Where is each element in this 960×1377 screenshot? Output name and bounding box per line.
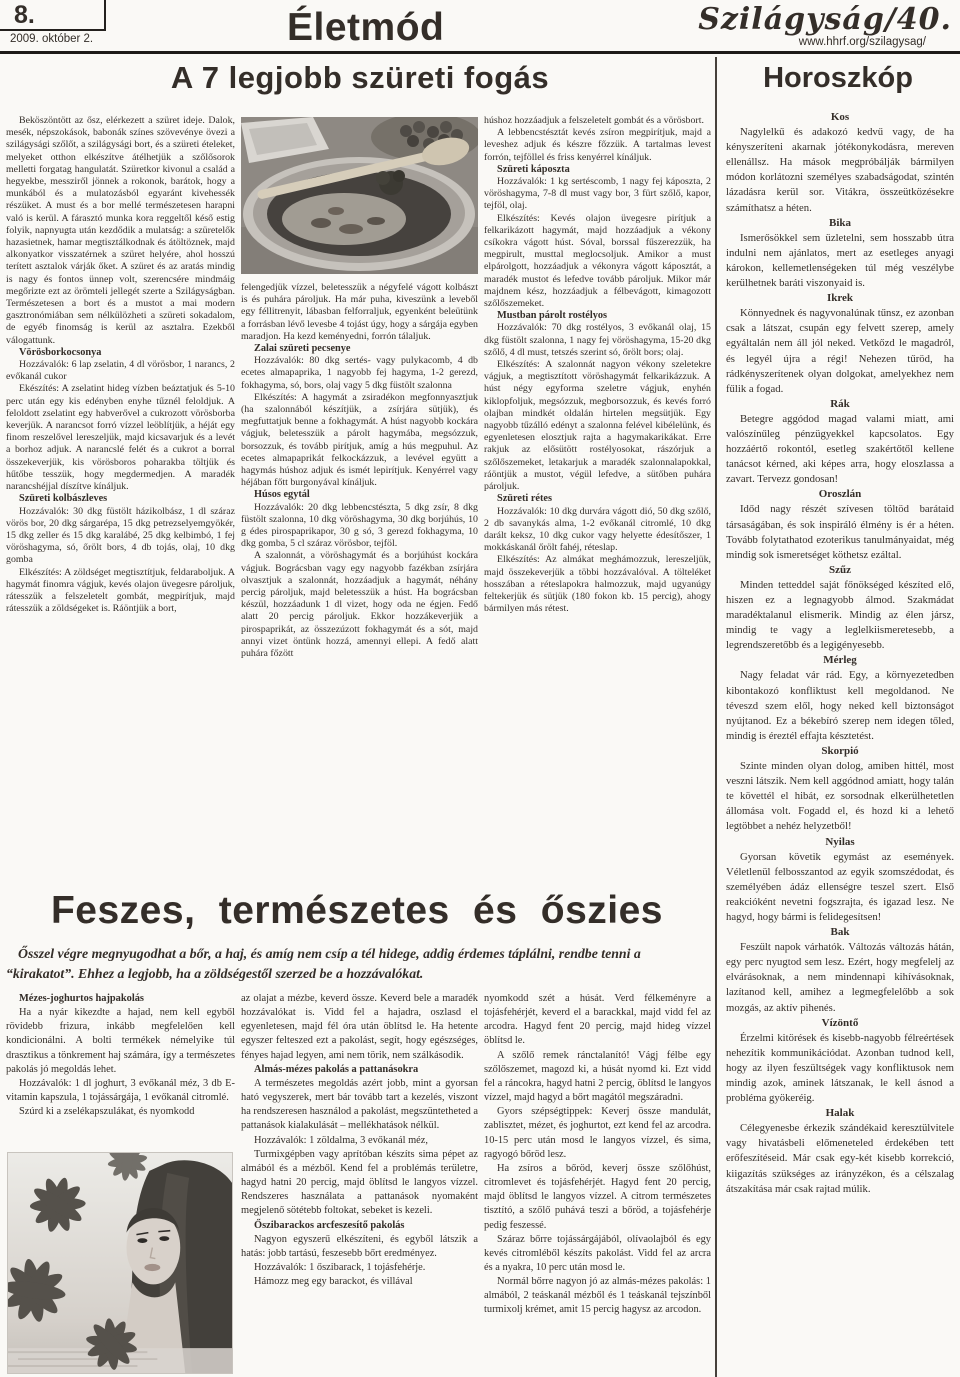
article-paragraph: Hozzávalók: 1 kg sertéscomb, 1 nagy fej …	[484, 176, 711, 213]
article-paragraph: Hozzávalók: 70 dkg rostélyos, 3 evőkanál…	[484, 322, 711, 359]
website-url: www.hhrf.org/szilagysag/	[799, 36, 926, 48]
beauty-paragraph: Gyors szépségtippek: Keverj össze mandul…	[484, 1105, 711, 1162]
article-paragraph: Hozzávalók: 20 dkg lebbencstészta, 5 dkg…	[241, 502, 478, 551]
zodiac-sign-text: Minden tetteddel saját főnökséged készít…	[726, 578, 954, 653]
article-paragraph: Szüreti rétes	[484, 493, 711, 505]
zodiac-sign-text: Betegre aggódod magad valami miatt, ami …	[726, 412, 954, 487]
beauty-paragraph: Hozzávalók: 1 zöldalma, 3 evőkanál méz,	[241, 1134, 478, 1148]
woman-photo-image	[8, 1153, 232, 1373]
zodiac-sign-text: Nagylelkű és adakozó kedvű vagy, de ha k…	[726, 125, 954, 216]
article-paragraph: húshoz hozzáadjuk a felszeletelt gombát …	[484, 115, 711, 127]
beauty-paragraph: Hozzávalók: 1 dl joghurt, 3 evőkanál méz…	[6, 1077, 235, 1105]
article-paragraph: Elkészítés: Az almákat meghámozzuk, lere…	[484, 554, 711, 615]
beauty-paragraph: A természetes megoldás azért jobb, mint …	[241, 1077, 478, 1134]
beauty-paragraph: Nagyon egyszerű elkészíteni, és egyből l…	[241, 1233, 478, 1261]
header-rule	[0, 51, 960, 54]
zodiac-sign-name: Rák	[726, 397, 954, 412]
page-number: 8.	[14, 1, 35, 30]
beauty-paragraph: Mézes-joghurtos hajpakolás	[6, 992, 235, 1006]
beauty-column-1: Mézes-joghurtos hajpakolásHa a nyár kike…	[6, 992, 235, 1119]
zodiac-sign-text: Szinte minden olyan dolog, amiben hittél…	[726, 759, 954, 834]
article-paragraph: A lebbencstésztát kevés zsíron megpirítj…	[484, 127, 711, 164]
beauty-paragraph: Ha a nyár kikezdte a hajad, nem kell egy…	[6, 1006, 235, 1077]
article-paragraph: Mustban párolt rostélyos	[484, 310, 711, 322]
horoscope-column: Kos Nagylelkű és adakozó kedvű vagy, de …	[726, 110, 954, 1197]
issue-date: 2009. október 2.	[10, 33, 93, 45]
zodiac-sign-name: Mérleg	[726, 653, 954, 668]
article-paragraph: Zalai szüreti pecsenye	[241, 343, 478, 355]
article-paragraph: felengedjük vízzel, beletesszük a négyfe…	[241, 282, 478, 343]
article-paragraph: Elkészítés: A zöldséget megtisztítjuk, f…	[6, 567, 235, 616]
beauty-section-headline: Feszes, természetes és őszies	[0, 889, 714, 933]
article-paragraph: Elkészítés: A hagymát a zsiradékon megfo…	[241, 392, 478, 490]
beauty-paragraph: az olajat a mézbe, keverd össze. Keverd …	[241, 992, 478, 1063]
beauty-paragraph: Normál bőrre nagyon jó az almás-mézes pa…	[484, 1275, 711, 1317]
article-paragraph: Ekészítés: A zselatint hideg vízben beáz…	[6, 383, 235, 493]
beauty-paragraph: Őszibarackos arcfeszesítő pakolás	[241, 1219, 478, 1233]
article-paragraph: Húsos egytál	[241, 489, 478, 501]
zodiac-sign-name: Nyilas	[726, 835, 954, 850]
article-paragraph: Elkészítés: A szalonnát nagyon vékony sz…	[484, 359, 711, 493]
article-paragraph: Vörösborkocsonya	[6, 347, 235, 359]
article-paragraph: Szüreti kolbászleves	[6, 493, 235, 505]
zodiac-sign-text: Feszült napok várhatók. Változás változá…	[726, 940, 954, 1015]
beauty-paragraph: Ha zsíros a bőröd, keverj össze szőlőhús…	[484, 1162, 711, 1233]
article-paragraph: Hozzávalók: 6 lap zselatin, 4 dl vörösbo…	[6, 359, 235, 383]
food-photo-image	[241, 117, 478, 274]
zodiac-sign-text: Gyorsan követik egymást az események. Vé…	[726, 850, 954, 925]
beauty-paragraph: Száraz bőrre tojássárgájából, olívaolajb…	[484, 1233, 711, 1275]
beauty-paragraph: Hozzávalók: 1 őszibarack, 1 tojásfehérje…	[241, 1261, 478, 1275]
article-paragraph: Hozzávalók: 30 dkg füstölt házikolbász, …	[6, 506, 235, 567]
horoscope-column-rule	[715, 57, 717, 1377]
zodiac-sign-name: Vízöntő	[726, 1016, 954, 1031]
article-paragraph: Szüreti káposzta	[484, 164, 711, 176]
newspaper-page: 8. 2009. október 2. Életmód Szilágyság/4…	[0, 0, 960, 1377]
zodiac-sign-name: Ikrek	[726, 291, 954, 306]
beauty-section-intro: Ősszel végre megnyugodhat a bőr, a haj, …	[6, 944, 708, 984]
page-number-box-vline	[104, 0, 106, 31]
beauty-paragraph: Almás-mézes pakolás a pattanásokra	[241, 1063, 478, 1077]
article-column-3: húshoz hozzáadjuk a felszeletelt gombát …	[484, 115, 711, 615]
article-column-2: felengedjük vízzel, beletesszük a négyfe…	[241, 282, 478, 660]
page-number-box-hline	[0, 29, 104, 31]
article-paragraph: Elkészítés: Kevés olajon üvegesre pirítj…	[484, 213, 711, 311]
beauty-column-2: az olajat a mézbe, keverd össze. Keverd …	[241, 992, 478, 1289]
zodiac-sign-name: Halak	[726, 1106, 954, 1121]
zodiac-sign-text: Időd nagy részét szívesen töltöd barátai…	[726, 502, 954, 562]
zodiac-sign-text: Érzelmi kitörések és kisebb-nagyobb félr…	[726, 1031, 954, 1106]
zodiac-sign-text: Célegyenesbe érkezik szándékaid keresztü…	[726, 1121, 954, 1196]
zodiac-sign-text: Nagy feladat vár rád. Egy, a környezeted…	[726, 668, 954, 743]
zodiac-sign-name: Kos	[726, 110, 954, 125]
section-title: Életmód	[287, 6, 444, 50]
article-paragraph: Hozzávalók: 10 dkg durvára vágott dió, 5…	[484, 506, 711, 555]
zodiac-sign-name: Bak	[726, 925, 954, 940]
masthead: Szilágyság/40.	[698, 2, 952, 37]
article-paragraph: Hozzávalók: 80 dkg sertés- vagy pulykaco…	[241, 355, 478, 392]
horoscope-headline: Horoszkóp	[718, 62, 958, 95]
beauty-paragraph: Szúrd ki a zselékapszulákat, és nyomkodd	[6, 1105, 235, 1119]
article-paragraph: A szalonnát, a vöröshagymát és a borjúhú…	[241, 550, 478, 660]
beauty-paragraph: nyomkodd szét a húsát. Verd félkeményre …	[484, 992, 711, 1049]
beauty-paragraph: A szőlő remek ránctalanító! Vágj félbe e…	[484, 1049, 711, 1106]
beauty-paragraph: Turmixgépben vagy aprítóban készíts sima…	[241, 1148, 478, 1219]
zodiac-sign-text: Könnyednek és nagyvonalúnak tűnsz, ez az…	[726, 306, 954, 397]
food-photo	[241, 117, 478, 274]
article-column-1: Beköszöntött az ősz, elérkezett a szüret…	[6, 115, 235, 615]
woman-photo	[7, 1152, 233, 1374]
zodiac-sign-name: Skorpió	[726, 744, 954, 759]
zodiac-sign-name: Szűz	[726, 563, 954, 578]
beauty-paragraph: Hámozz meg egy barackot, és villával	[241, 1275, 478, 1289]
main-article-headline: A 7 legjobb szüreti fogás	[100, 60, 620, 96]
zodiac-sign-name: Bika	[726, 216, 954, 231]
article-paragraph: Beköszöntött az ősz, elérkezett a szüret…	[6, 115, 235, 347]
zodiac-sign-name: Oroszlán	[726, 487, 954, 502]
beauty-column-3: nyomkodd szét a húsát. Verd félkeményre …	[484, 992, 711, 1318]
zodiac-sign-text: Ismerősökkel sem üzletelni, sem hosszabb…	[726, 231, 954, 291]
